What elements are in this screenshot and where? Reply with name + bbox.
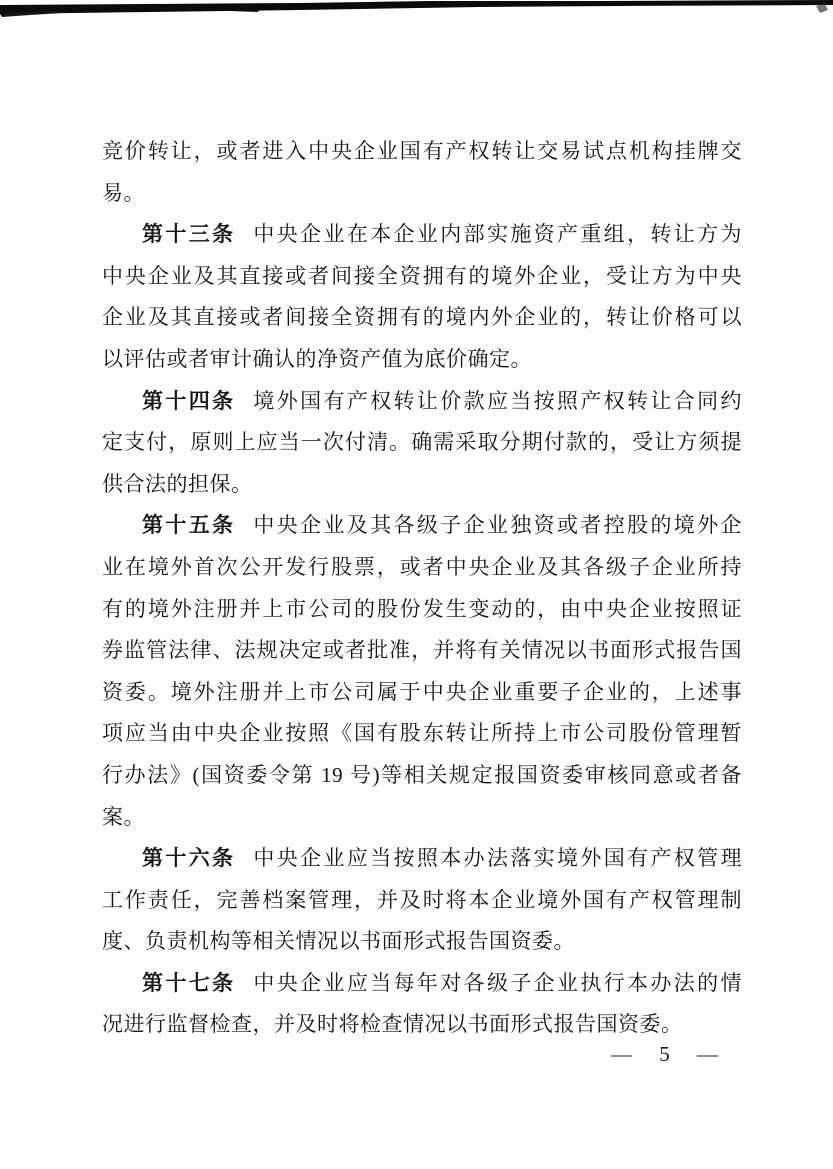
text-line: 工作责任，完善档案管理，并及时将本企业境外国有产权管理制 [102,880,742,922]
paragraph-article-17: 第十七条中央企业应当每年对各级子企业执行本办法的情况进行监督检查，并及时将检查情… [102,963,742,1046]
text-line: 第十六条中央企业应当按照本办法落实境外国有产权管理 [102,838,742,880]
page-number: — 5 — [611,1042,723,1067]
text-line: 竞价转让，或者进入中央企业国有产权转让交易试点机构挂牌交 [102,131,742,173]
paragraph-article-16: 第十六条中央企业应当按照本办法落实境外国有产权管理工作责任，完善档案管理，并及时… [102,838,742,963]
line-text: 中央企业在本企业内部实施资产重组，转让方为 [253,222,742,246]
text-line: 易。 [102,173,742,215]
paragraph-article-13: 第十三条中央企业在本企业内部实施资产重组，转让方为中央企业及其直接或者间接全资拥… [102,214,742,380]
paragraph-article-15: 第十五条中央企业及其各级子企业独资或者控股的境外企业在境外首次公开发行股票，或者… [102,505,742,838]
text-line: 第十三条中央企业在本企业内部实施资产重组，转让方为 [102,214,742,256]
text-line: 第十五条中央企业及其各级子企业独资或者控股的境外企 [102,505,742,547]
text-line: 资委。境外注册并上市公司属于中央企业重要子企业的，上述事 [102,672,742,714]
text-line: 中央企业及其直接或者间接全资拥有的境外企业，受让方为中央 [102,256,742,298]
text-line: 供合法的担保。 [102,464,742,506]
text-line: 企业及其直接或者间接全资拥有的境内外企业的，转让价格可以 [102,297,742,339]
article-number: 第十五条 [142,513,235,537]
text-line: 定支付，原则上应当一次付清。确需采取分期付款的，受让方须提 [102,422,742,464]
text-line: 以评估或者审计确认的净资产值为底价确定。 [102,339,742,381]
line-text: 境外国有产权转让价款应当按照产权转让合同约 [253,389,742,413]
text-line: 有的境外注册并上市公司的股份发生变动的，由中央企业按照证 [102,589,742,631]
article-number: 第十七条 [142,971,235,995]
document-page: 竞价转让，或者进入中央企业国有产权转让交易试点机构挂牌交易。第十三条中央企业在本… [0,0,833,1169]
document-body: 竞价转让，或者进入中央企业国有产权转让交易试点机构挂牌交易。第十三条中央企业在本… [102,131,742,1046]
text-line: 第十七条中央企业应当每年对各级子企业执行本办法的情 [102,963,742,1005]
text-line: 况进行监督检查，并及时将检查情况以书面形式报告国资委。 [102,1004,742,1046]
line-text: 中央企业及其各级子企业独资或者控股的境外企 [253,513,742,537]
text-line: 第十四条境外国有产权转让价款应当按照产权转让合同约 [102,381,742,423]
article-number: 第十六条 [142,846,235,870]
article-number: 第十四条 [142,389,235,413]
text-line: 项应当由中央企业按照《国有股东转让所持上市公司股份管理暂 [102,713,742,755]
text-line: 案。 [102,797,742,839]
text-line: 度、负责机构等相关情况以书面形式报告国资委。 [102,921,742,963]
text-line: 券监管法律、法规决定或者批准，并将有关情况以书面形式报告国 [102,630,742,672]
paragraph-continuation: 竞价转让，或者进入中央企业国有产权转让交易试点机构挂牌交易。 [102,131,742,214]
scan-artifact-top-edge [0,0,833,22]
paragraph-article-14: 第十四条境外国有产权转让价款应当按照产权转让合同约定支付，原则上应当一次付清。确… [102,381,742,506]
text-line: 业在境外首次公开发行股票，或者中央企业及其各级子企业所持 [102,547,742,589]
article-number: 第十三条 [142,222,235,246]
line-text: 中央企业应当每年对各级子企业执行本办法的情 [253,971,742,995]
line-text: 中央企业应当按照本办法落实境外国有产权管理 [253,846,742,870]
text-line: 行办法》(国资委令第 19 号)等相关规定报国资委审核同意或者备 [102,755,742,797]
